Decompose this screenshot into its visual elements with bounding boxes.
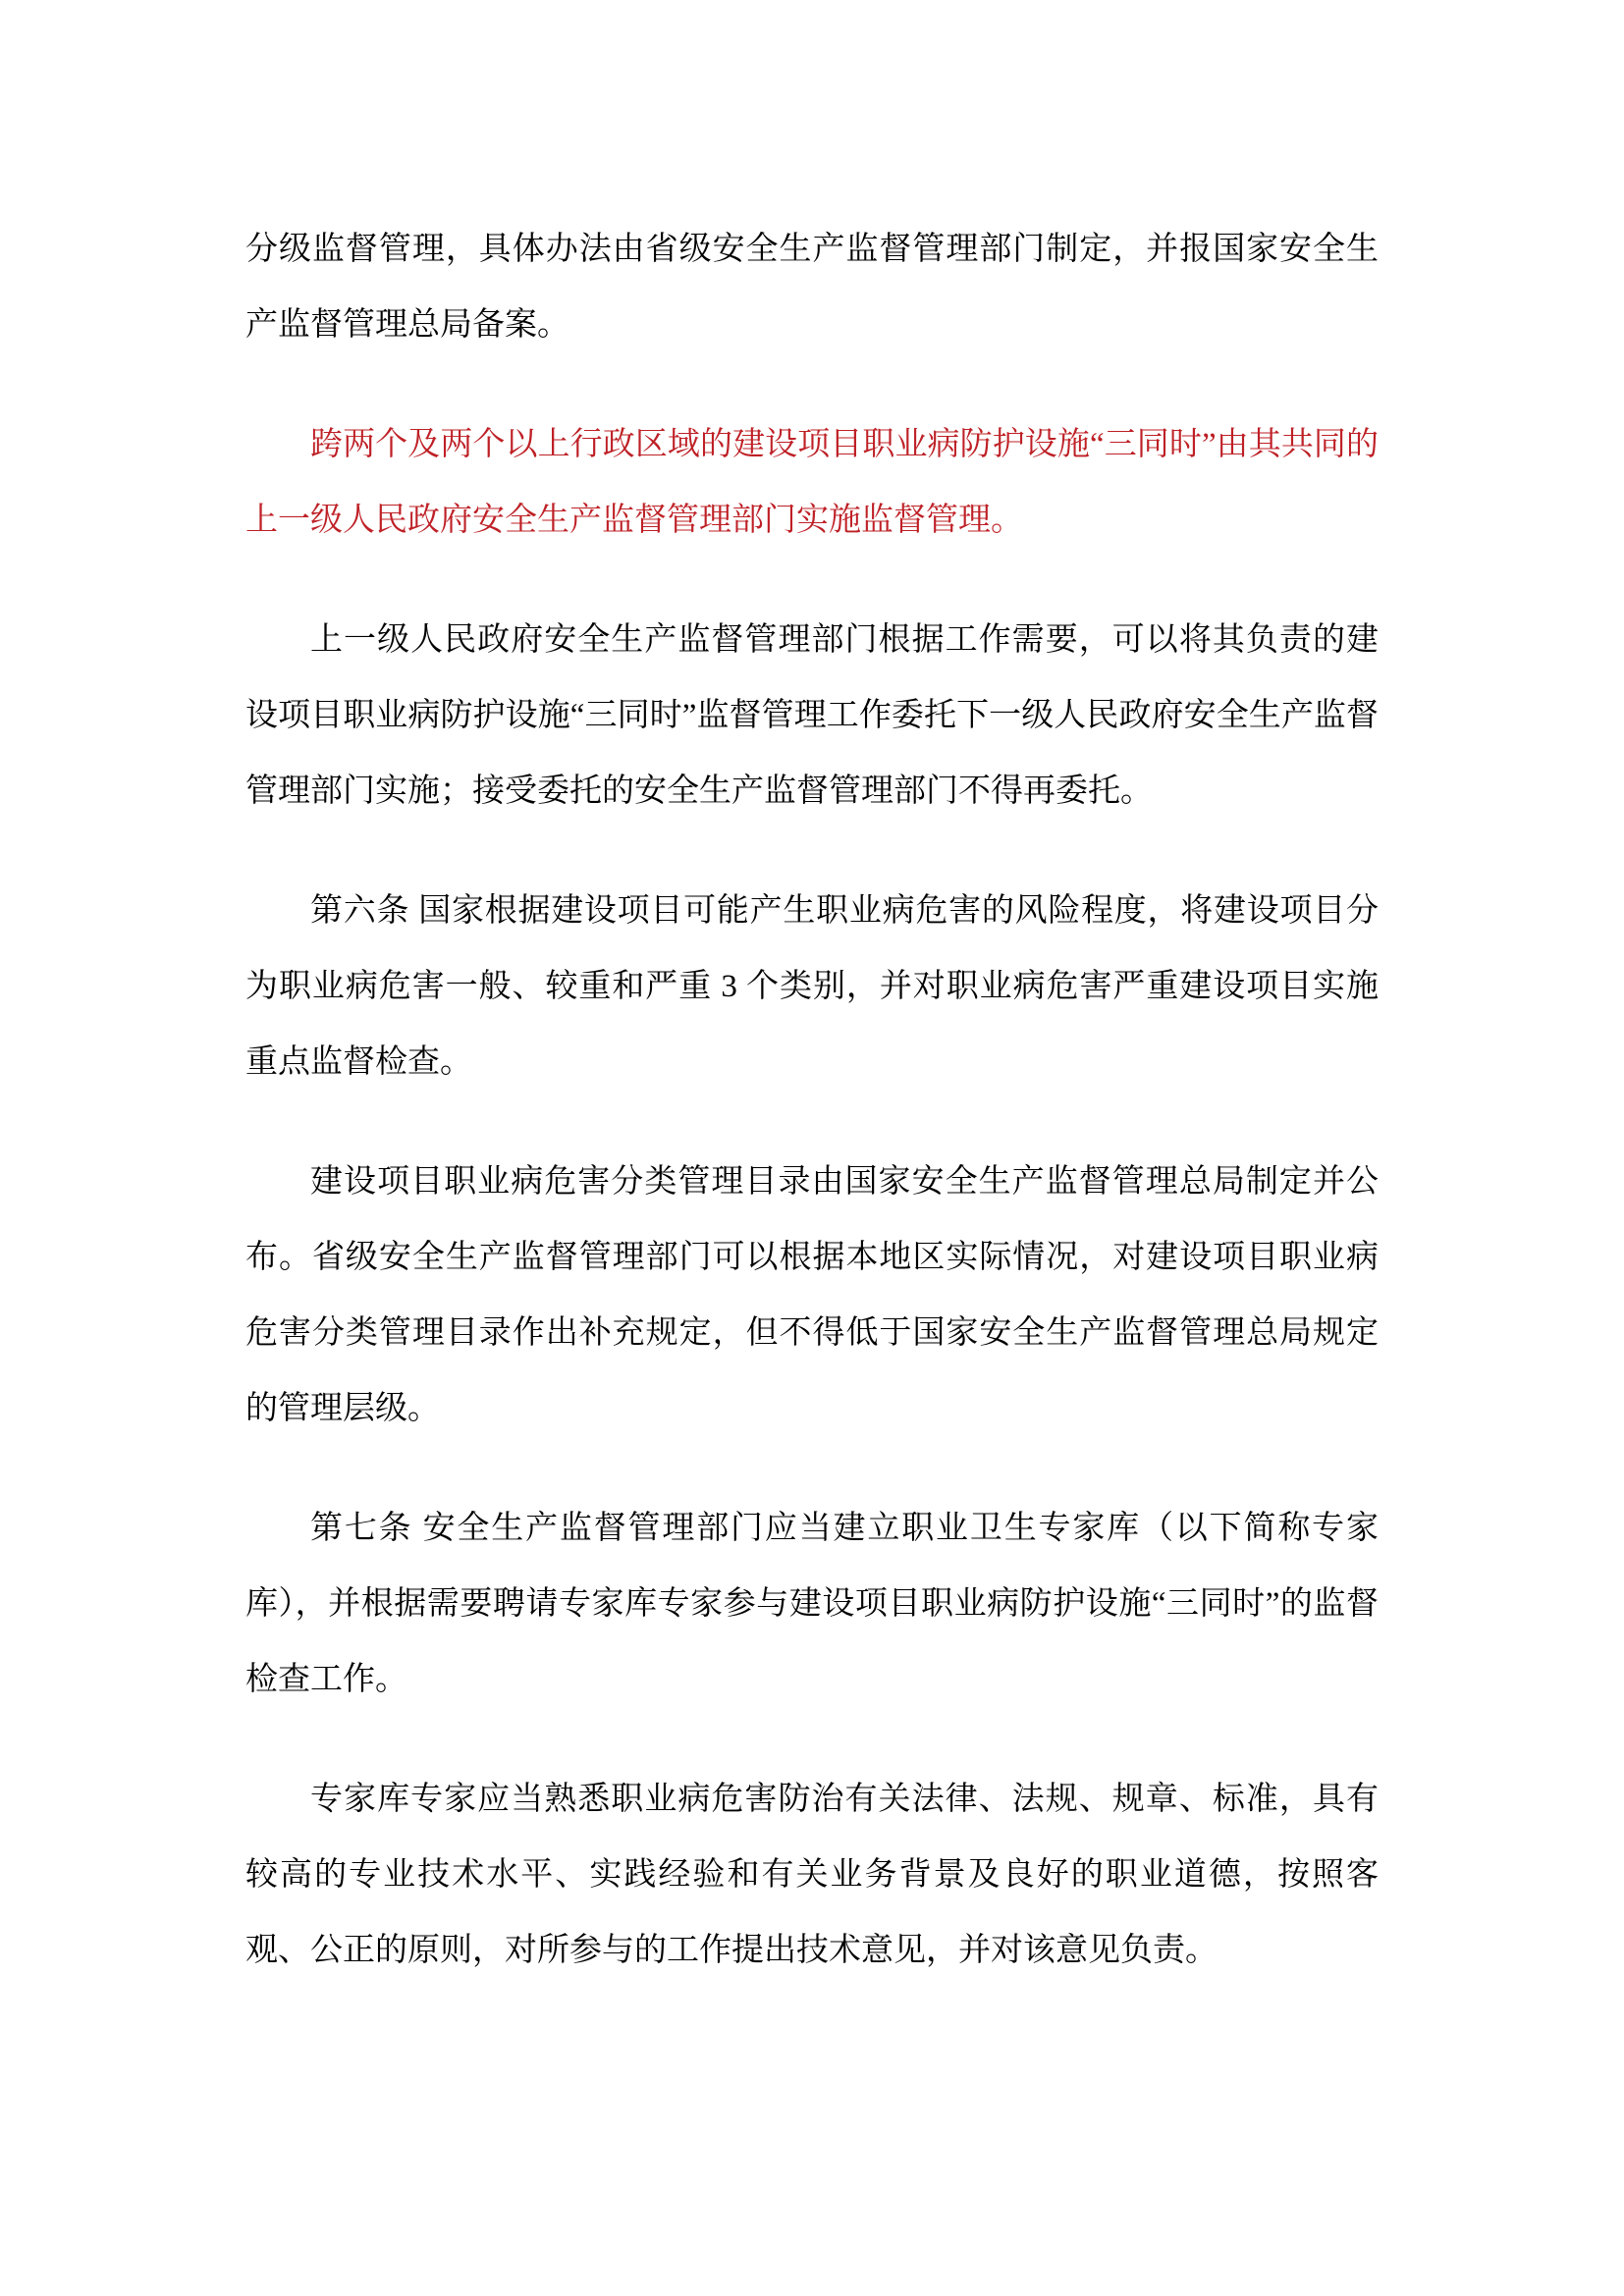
paragraph-7: 专家库专家应当熟悉职业病危害防治有关法律、法规、规章、标准，具有较高的专业技术水… — [245, 1762, 1379, 1989]
paragraph-2-red-emphasis: 跨两个及两个以上行政区域的建设项目职业病防护设施“三同时”由其共同的上一级人民政… — [245, 407, 1379, 559]
paragraph-1: 分级监督管理，具体办法由省级安全生产监督管理部门制定，并报国家安全生产监督管理总… — [245, 212, 1379, 363]
paragraph-4-article-6: 第六条 国家根据建设项目可能产生职业病危害的风险程度，将建设项目分为职业病危害一… — [245, 874, 1379, 1100]
paragraph-5: 建设项目职业病危害分类管理目录由国家安全生产监督管理总局制定并公布。省级安全生产… — [245, 1145, 1379, 1447]
paragraph-6-article-7: 第七条 安全生产监督管理部门应当建立职业卫生专家库（以下简称专家库），并根据需要… — [245, 1491, 1379, 1718]
document-page: 分级监督管理，具体办法由省级安全生产监督管理部门制定，并报国家安全生产监督管理总… — [0, 0, 1624, 2296]
document-text-block: 分级监督管理，具体办法由省级安全生产监督管理部门制定，并报国家安全生产监督管理总… — [245, 212, 1379, 1989]
paragraph-3: 上一级人民政府安全生产监督管理部门根据工作需要，可以将其负责的建设项目职业病防护… — [245, 603, 1379, 829]
